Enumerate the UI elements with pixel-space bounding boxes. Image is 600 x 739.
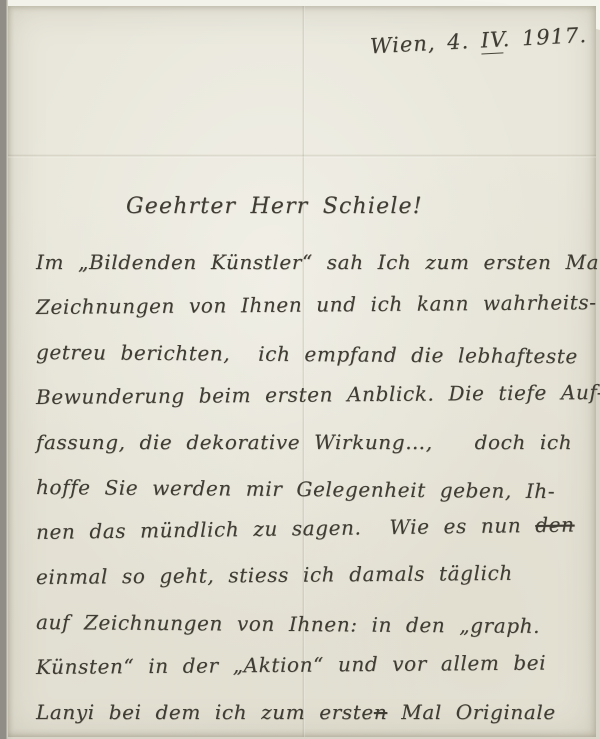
date-prefix: Wien, 4. bbox=[369, 29, 481, 59]
letter-line: Lanyi bei dem ich zum ersten Mal Origina… bbox=[36, 690, 596, 735]
letter-line: Künsten“ in der „Aktion“ und vor allem b… bbox=[36, 640, 596, 690]
salutation: Geehrter Herr Schiele! bbox=[126, 194, 423, 219]
letter-line: Bewunderung beim ersten Anblick. Die tie… bbox=[36, 370, 596, 420]
date-roman-month: IV bbox=[480, 27, 503, 54]
date-suffix: . 1917. bbox=[502, 23, 588, 51]
letter-photograph: Wien, 4. IV. 1917. Geehrter Herr Schiele… bbox=[0, 0, 600, 739]
letter-line: fassung, die dekorative Wirkung…, doch i… bbox=[36, 420, 596, 465]
letter-line: Zeichnungen von Ihnen und ich kann wahrh… bbox=[36, 280, 596, 330]
struck-out-word: den bbox=[535, 512, 575, 537]
letter-line: Im „Bildenden Künstler“ sah Ich zum erst… bbox=[36, 240, 596, 285]
fold-crease-horizontal bbox=[8, 154, 596, 158]
letter-line: einmal so geht, stiess ich damals täglic… bbox=[36, 550, 596, 600]
struck-out-word: n bbox=[374, 700, 387, 724]
letter-paper: Wien, 4. IV. 1917. Geehrter Herr Schiele… bbox=[8, 6, 596, 737]
letter-body: Im „Bildenden Künstler“ sah Ich zum erst… bbox=[36, 240, 596, 735]
date-line: Wien, 4. IV. 1917. bbox=[298, 0, 589, 86]
letter-line: nen das mündlich zu sagen. Wie es nun de… bbox=[36, 502, 597, 555]
